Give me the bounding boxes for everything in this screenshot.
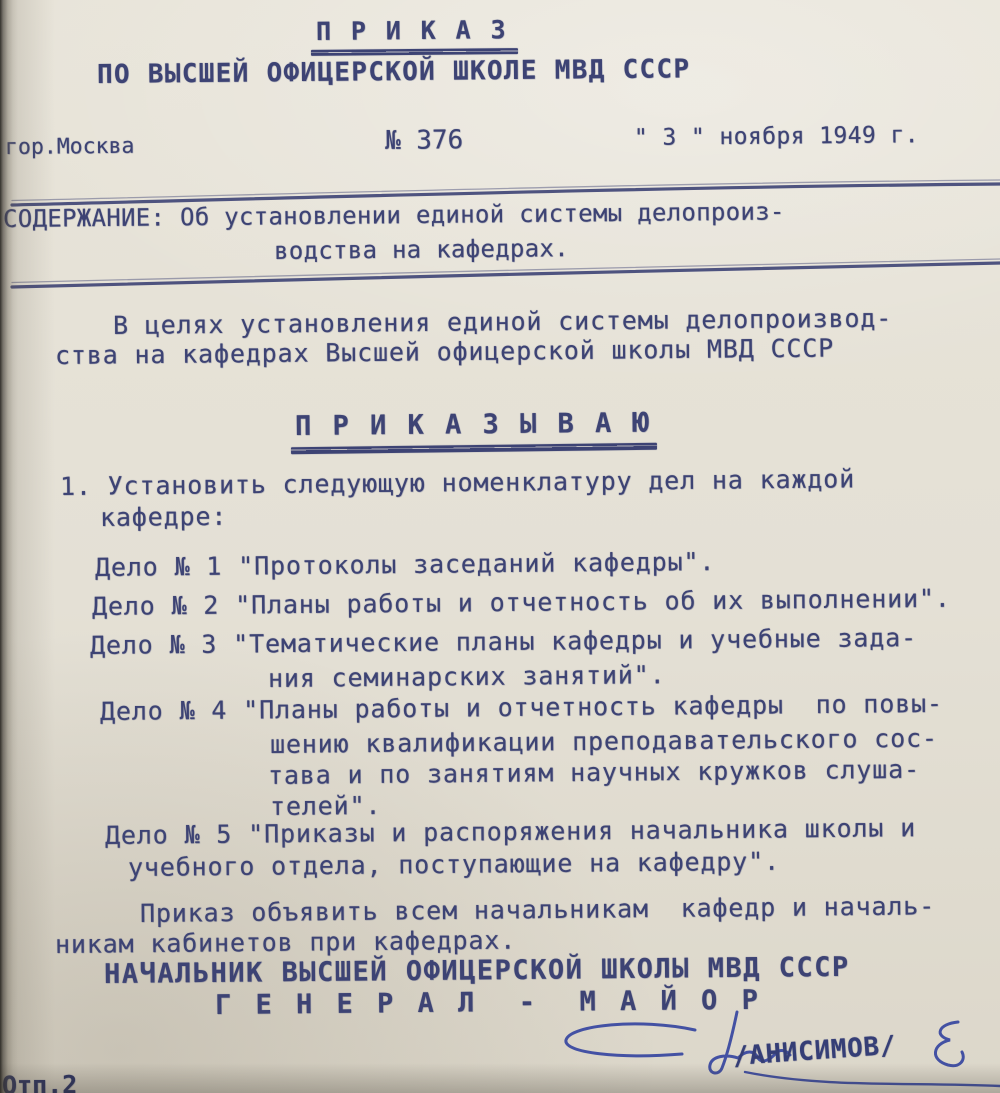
org-name: ПО ВЫСШЕЙ ОФИЦЕРСКОЙ ШКОЛЕ МВД СССР [97,55,691,89]
case-2-label: Дело № 2 [92,592,219,621]
order-number: № 376 [385,126,464,155]
separator-rule-bottom [0,256,1000,294]
closing-line1: Приказ объявить всем начальникам кафедр … [140,892,935,927]
subject-label: СОДЕРЖАНИЕ: [3,204,165,232]
case-4-cont-1: шению квалификации преподавательского со… [270,725,938,759]
case-3-label: Дело № 3 [90,631,217,660]
item1-line1: 1. Установить следующую номенклатуру дел… [60,465,855,500]
case-2-text: "Планы работы и отчетность об их выполне… [235,585,951,619]
decree-underline [291,443,657,454]
preamble-line2: ства на кафедрах Высшей офицерской школы… [55,335,834,370]
subject-text-line1: Об установлении единой системы делопроиз… [180,198,785,230]
document-page: П Р И К А З ПО ВЫСШЕЙ ОФИЦЕРСКОЙ ШКОЛЕ М… [0,0,1000,1093]
left-edge-soft-shadow [0,0,55,1093]
city: гор.Москва [5,135,135,160]
footer-fragment: Отп.2 [2,1071,78,1093]
order-date: " 3 " ноября 1949 г. [634,123,919,151]
case-5-cont-1: учебного отдела, поступающие на кафедру"… [128,848,780,882]
case-1-label: Дело № 1 [95,553,222,582]
left-edge-shadow [0,0,18,1093]
case-3-text: "Тематические планы кафедры и учебные за… [233,624,917,658]
case-5-label: Дело № 5 [105,821,232,850]
case-3-cont-1: ния семинарских занятий". [268,661,666,692]
case-4-cont-2: тава и по занятиям научных кружков слуша… [268,756,920,790]
order-title: П Р И К А З [316,16,508,45]
case-1-text: "Протоколы заседаний кафедры". [238,548,715,580]
title-underline [311,48,518,56]
item1-line2: кафедре: [100,503,227,532]
case-4-cont-3: телей". [270,792,382,821]
case-5-text: "Приказы и распоряжения начальника школы… [248,814,916,848]
decree-heading: П Р И К А З Ы В А Ю [295,409,652,442]
closing-line2: никам кабинетов при кафедрах. [55,927,516,959]
case-4-text: "Планы работы и отчетность кафедры по по… [243,690,943,724]
case-4-label: Дело № 4 [100,697,227,726]
